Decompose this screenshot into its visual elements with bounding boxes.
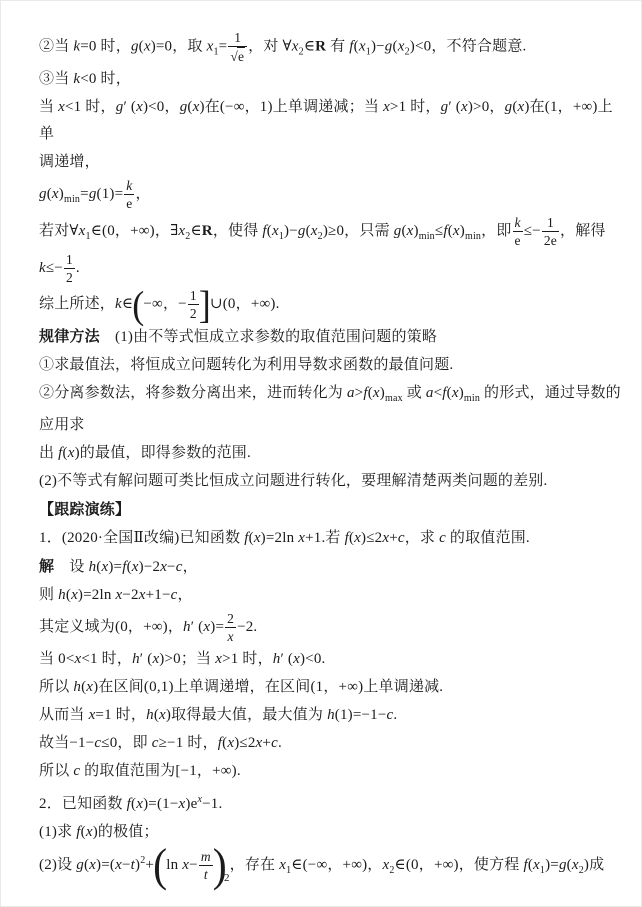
math-var: x bbox=[115, 857, 122, 873]
math-var: g bbox=[76, 857, 84, 873]
text-run: ∪(0，+∞). bbox=[210, 296, 280, 312]
text-run: )=( bbox=[96, 857, 115, 873]
text-run: )=0，取 bbox=[151, 38, 207, 54]
text-line-8: 综上所述，k∈(−∞，−12]∪(0，+∞). bbox=[39, 287, 625, 322]
text-run: . bbox=[393, 707, 397, 723]
text-run: ∈(0，+∞)，使方程 bbox=[395, 857, 524, 873]
text-run: )= bbox=[210, 619, 224, 635]
math-var: g bbox=[131, 38, 139, 54]
math-var: c bbox=[439, 530, 446, 546]
text-run: )的极值； bbox=[93, 824, 159, 840]
text-run: +1− bbox=[146, 587, 171, 603]
text-run: )=2ln bbox=[261, 530, 299, 546]
math-var: h bbox=[327, 707, 335, 723]
math-var: g bbox=[39, 186, 47, 202]
text-line-26: (2)设 g(x)=(x−t)2+(ln x−mt)2，存在 x1∈(−∞，+∞… bbox=[39, 847, 625, 892]
text-run: −1. bbox=[202, 796, 222, 812]
text-run: 出 bbox=[39, 445, 58, 461]
fraction-numerator: 1 bbox=[64, 251, 75, 269]
text-run: 有 bbox=[326, 38, 349, 54]
text-line-14: 【跟踪演练】 bbox=[39, 496, 625, 524]
text-run: ′ ( bbox=[123, 99, 136, 115]
math-var: x bbox=[254, 530, 261, 546]
text-run: ，解得 bbox=[560, 223, 606, 239]
text-run: =1 时， bbox=[95, 707, 146, 723]
math-var: x bbox=[383, 99, 390, 115]
sqrt-radical: √e bbox=[230, 49, 245, 64]
text-run: ， bbox=[183, 559, 198, 575]
text-run: )=2ln bbox=[78, 587, 116, 603]
text-run: 所以 bbox=[39, 679, 73, 695]
text-line-13: (2)不等式有解问题可类比恒成立问题进行转化，要理解清楚两类问题的差别. bbox=[39, 468, 625, 495]
math-var: x bbox=[354, 530, 361, 546]
text-run: ≥−1 时， bbox=[159, 735, 218, 751]
text-run: ， bbox=[135, 186, 150, 202]
fraction-denominator: 2e bbox=[542, 232, 559, 249]
math-var: a bbox=[347, 385, 355, 401]
math-var: x bbox=[159, 707, 166, 723]
text-run: (1)求 bbox=[39, 824, 76, 840]
math-var: x bbox=[293, 651, 300, 667]
text-run: ∈(−∞，+∞)， bbox=[291, 857, 382, 873]
text-run: ≤0，即 bbox=[101, 735, 151, 751]
math-var: g bbox=[89, 186, 97, 202]
math-var: x bbox=[58, 99, 65, 115]
text-run: 2．已知函数 bbox=[39, 796, 127, 812]
text-run: )− bbox=[371, 38, 385, 54]
fraction: ke bbox=[123, 177, 135, 212]
text-run: −∞，− bbox=[143, 296, 186, 312]
text-run: )>0；当 bbox=[159, 651, 215, 667]
text-line-24: 2．已知函数 f(x)=(1−x)ex−1. bbox=[39, 786, 625, 818]
text-run: ∈ bbox=[304, 38, 315, 54]
fraction-denominator: e bbox=[513, 232, 523, 249]
text-line-17: 则 h(x)=2ln x−2x+1−c， bbox=[39, 582, 625, 609]
text-run: 设 bbox=[54, 559, 88, 575]
text-run: + bbox=[262, 735, 271, 751]
text-run: ≤− bbox=[46, 260, 63, 276]
text-run: e bbox=[126, 196, 132, 211]
text-run: (2)不等式有解问题可类比恒成立问题进行转化，要理解清楚两类问题的差别. bbox=[39, 473, 547, 489]
math-var: g bbox=[559, 857, 567, 873]
fraction-numerator: 1 bbox=[228, 29, 247, 47]
math-var: c bbox=[152, 735, 159, 751]
big-bracket: ] bbox=[199, 288, 211, 321]
text-run: )−2 bbox=[139, 559, 161, 575]
text-run: 1 bbox=[234, 30, 241, 45]
text-run: (1)= bbox=[97, 186, 124, 202]
text-run: 1 bbox=[66, 252, 73, 267]
text-run: =0 时， bbox=[80, 38, 131, 54]
text-line-2: ③当 k<0 时， bbox=[39, 66, 625, 93]
text-line-12: 出 f(x)的最值，即得参数的范围. bbox=[39, 440, 625, 467]
text-run: ③当 bbox=[39, 71, 73, 87]
math-var: h bbox=[58, 587, 66, 603]
text-line-5: g(x)min=g(1)=ke， bbox=[39, 177, 625, 213]
text-run: )= bbox=[108, 559, 122, 575]
math-var: h bbox=[146, 707, 154, 723]
text-line-21: 从而当 x=1 时，h(x)取得最大值，最大值为 h(1)=−1−c. bbox=[39, 702, 625, 729]
text-run: 当 0< bbox=[39, 651, 75, 667]
text-run: + bbox=[389, 530, 398, 546]
math-var: x bbox=[68, 445, 75, 461]
fraction-denominator: 2 bbox=[64, 269, 75, 286]
text-run: 则 bbox=[39, 587, 58, 603]
text-run: 所以 bbox=[39, 763, 73, 779]
math-var: t bbox=[204, 867, 208, 882]
text-run: ，即 bbox=[481, 223, 511, 239]
math-var: k bbox=[115, 296, 122, 312]
text-run: 的取值范围. bbox=[446, 530, 530, 546]
text-line-19: 当 0<x<1 时，h′ (x)>0；当 x>1 时，h′ (x)<0. bbox=[39, 646, 625, 673]
subscript: min bbox=[464, 393, 480, 404]
math-var: c bbox=[271, 735, 278, 751]
text-run: 的取值范围为[−1，+∞). bbox=[80, 763, 241, 779]
text-run: )<0， bbox=[143, 99, 180, 115]
text-line-10: ①求最值法，将恒成立问题转化为利用导数求函数的最值问题. bbox=[39, 352, 625, 379]
text-run: 当 bbox=[39, 99, 58, 115]
text-run: ，存在 bbox=[230, 857, 280, 873]
fraction: 12 bbox=[63, 251, 76, 286]
text-run: )≤2 bbox=[234, 735, 255, 751]
heading-run: 规律方法 bbox=[39, 328, 100, 345]
text-line-16: 解 设 h(x)=f(x)−2x−c， bbox=[39, 553, 625, 581]
math-var: x bbox=[144, 38, 151, 54]
text-run: )成 bbox=[584, 857, 604, 873]
text-run: 2 bbox=[227, 611, 234, 626]
text-run: ′ ( bbox=[140, 651, 153, 667]
subscript: max bbox=[385, 393, 403, 404]
text-line-4: 调递增， bbox=[39, 149, 625, 176]
text-line-7: k≤−12. bbox=[39, 251, 625, 286]
math-var: k bbox=[515, 215, 521, 230]
text-run: 2 bbox=[190, 306, 197, 321]
subscript: min bbox=[64, 194, 80, 205]
math-var: x bbox=[79, 223, 86, 239]
text-run: 综上所述， bbox=[39, 296, 115, 312]
text-run: ≤− bbox=[524, 223, 541, 239]
math-var: x bbox=[136, 99, 143, 115]
text-run: ln bbox=[166, 857, 182, 873]
math-var: x bbox=[139, 587, 146, 603]
text-run: −2 bbox=[122, 587, 138, 603]
math-var: x bbox=[71, 587, 78, 603]
math-var: x bbox=[453, 223, 460, 239]
fraction: mt bbox=[198, 848, 214, 883]
text-run: − bbox=[189, 857, 198, 873]
math-var: g bbox=[298, 223, 306, 239]
math-var: x bbox=[292, 38, 299, 54]
text-run: )=(1− bbox=[143, 796, 178, 812]
text-run: ′ ( bbox=[448, 99, 461, 115]
subscript: min bbox=[465, 231, 481, 242]
math-var: x bbox=[452, 385, 459, 401]
text-run: ′ ( bbox=[280, 651, 293, 667]
fraction-numerator: 1 bbox=[542, 214, 559, 232]
text-run: ∈(0，+∞)，∃ bbox=[91, 223, 179, 239]
text-run: 其定义域为(0，+∞)， bbox=[39, 619, 183, 635]
text-run: 故当−1− bbox=[39, 735, 94, 751]
heading-run: 【跟踪演练】 bbox=[39, 501, 130, 518]
text-run: ∈ bbox=[190, 223, 201, 239]
bold-run: R bbox=[315, 38, 326, 54]
text-run: 2 bbox=[66, 270, 73, 285]
text-line-22: 故当−1−c≤0，即 c≥−1 时，f(x)≤2x+c. bbox=[39, 730, 625, 757]
math-var: k bbox=[126, 178, 132, 193]
text-run: ，使得 bbox=[213, 223, 263, 239]
text-run: 或 bbox=[403, 385, 426, 401]
fraction-numerator: m bbox=[199, 848, 213, 866]
text-line-25: (1)求 f(x)的极值； bbox=[39, 819, 625, 846]
text-line-3: 当 x<1 时，g′ (x)<0，g(x)在(−∞，1)上单调递减；当 x>1 … bbox=[39, 94, 625, 148]
text-run: ，对 ∀ bbox=[248, 38, 292, 54]
fraction: 12e bbox=[541, 214, 560, 249]
bold-run: R bbox=[202, 223, 213, 239]
math-var: x bbox=[373, 385, 380, 401]
text-run: <1 时， bbox=[81, 651, 132, 667]
text-run: −2. bbox=[237, 619, 257, 635]
math-var: x bbox=[52, 186, 59, 202]
text-run: 1 bbox=[547, 215, 554, 230]
fraction: 1√e bbox=[227, 29, 248, 65]
fraction-numerator: k bbox=[513, 214, 523, 232]
text-run: )= bbox=[545, 857, 559, 873]
text-line-9: 规律方法 (1)由不等式恒成立求参数的取值范围问题的策略 bbox=[39, 323, 625, 351]
text-run: e bbox=[515, 233, 521, 248]
text-line-18: 其定义域为(0，+∞)，h′ (x)=2x−2. bbox=[39, 610, 625, 645]
fraction-numerator: k bbox=[124, 177, 134, 195]
text-run: ②当 bbox=[39, 38, 73, 54]
big-bracket: ( bbox=[132, 288, 144, 321]
text-run: )<0. bbox=[300, 651, 326, 667]
fraction: 2x bbox=[224, 610, 237, 645]
fraction-denominator: x bbox=[225, 628, 236, 645]
text-run: )e bbox=[185, 796, 197, 812]
math-var: x bbox=[398, 38, 405, 54]
text-run: = bbox=[219, 38, 228, 54]
text-run: − bbox=[167, 559, 176, 575]
math-var: h bbox=[132, 651, 140, 667]
text-run: . bbox=[76, 260, 80, 276]
text-run: )− bbox=[284, 223, 298, 239]
math-var: x bbox=[359, 38, 366, 54]
subscript: min bbox=[419, 231, 435, 242]
text-run: )≥0，只需 bbox=[323, 223, 394, 239]
text-run: ， bbox=[177, 587, 192, 603]
big-bracket: ) bbox=[213, 847, 227, 884]
text-line-23: 所以 c 的取值范围为[−1，+∞). bbox=[39, 758, 625, 785]
fraction-denominator: 2 bbox=[188, 305, 199, 322]
text-run: 若对∀ bbox=[39, 223, 79, 239]
math-var: m bbox=[201, 849, 211, 864]
text-run: 2e bbox=[544, 233, 557, 248]
math-var: k bbox=[39, 260, 46, 276]
text-run: (1)=−1− bbox=[335, 707, 387, 723]
math-var: h bbox=[183, 619, 191, 635]
math-var: x bbox=[86, 824, 93, 840]
text-run: +1.若 bbox=[305, 530, 344, 546]
math-var: x bbox=[572, 857, 579, 873]
math-var: h bbox=[73, 679, 81, 695]
text-run: )<0，不符合题意. bbox=[410, 38, 527, 54]
math-var: g bbox=[385, 38, 393, 54]
math-var: x bbox=[533, 857, 540, 873]
text-run: )在(−∞，1)上单调递减；当 bbox=[199, 99, 383, 115]
text-run: <0 时， bbox=[80, 71, 131, 87]
text-run: ②分离参数法，将参数分离出来，进而转化为 bbox=[39, 385, 347, 401]
text-line-11: ②分离参数法，将参数分离出来，进而转化为 a>f(x)max 或 a<f(x)m… bbox=[39, 380, 625, 439]
text-run: ①求最值法，将恒成立问题转化为利用导数求函数的最值问题. bbox=[39, 357, 453, 373]
text-run: ，求 bbox=[405, 530, 439, 546]
fraction-denominator: t bbox=[199, 866, 213, 883]
text-run: )的最值，即得参数的范围. bbox=[75, 445, 251, 461]
fraction-numerator: 1 bbox=[188, 287, 199, 305]
text-run: <1 时， bbox=[65, 99, 116, 115]
text-run: )>0， bbox=[468, 99, 505, 115]
text-run: )≤2 bbox=[361, 530, 382, 546]
fraction-numerator: 2 bbox=[225, 610, 236, 628]
radicand: e bbox=[237, 47, 245, 65]
document-page: { "page": { "background": "#ffffff", "te… bbox=[0, 0, 642, 907]
text-run: 1．(2020·全国Ⅱ改编)已知函数 bbox=[39, 530, 244, 546]
math-var: a bbox=[426, 385, 434, 401]
math-var: x bbox=[311, 223, 318, 239]
text-run: (2)设 bbox=[39, 857, 76, 873]
text-run: 1 bbox=[190, 288, 197, 303]
fraction-denominator: √e bbox=[228, 47, 247, 65]
math-var: x bbox=[227, 629, 233, 644]
text-run: ′ ( bbox=[191, 619, 204, 635]
math-var: c bbox=[398, 530, 405, 546]
math-var: c bbox=[176, 559, 183, 575]
text-run: < bbox=[434, 385, 443, 401]
math-var: x bbox=[272, 223, 279, 239]
document-content: ②当 k=0 时，g(x)=0，取 x1=1√e，对 ∀x2∈R 有 f(x1)… bbox=[1, 1, 641, 892]
heading-run: 解 bbox=[39, 558, 54, 575]
text-run: . bbox=[278, 735, 282, 751]
text-run: >1 时， bbox=[222, 651, 273, 667]
text-run: )取得最大值，最大值为 bbox=[166, 707, 327, 723]
text-line-15: 1．(2020·全国Ⅱ改编)已知函数 f(x)=2ln x+1.若 f(x)≤2… bbox=[39, 525, 625, 552]
math-var: x bbox=[407, 223, 414, 239]
text-run: )在区间(0,1)上单调递增，在区间(1，+∞)上单调递减. bbox=[93, 679, 443, 695]
text-run: >1 时， bbox=[390, 99, 441, 115]
math-var: x bbox=[132, 559, 139, 575]
fraction-denominator: e bbox=[124, 195, 134, 212]
text-line-1: ②当 k=0 时，g(x)=0，取 x1=1√e，对 ∀x2∈R 有 f(x1)… bbox=[39, 29, 625, 65]
text-line-20: 所以 h(x)在区间(0,1)上单调递增，在区间(1，+∞)上单调递减. bbox=[39, 674, 625, 701]
text-run: = bbox=[80, 186, 89, 202]
text-run: (1)由不等式恒成立求参数的取值范围问题的策略 bbox=[100, 329, 437, 345]
text-run: 调递增， bbox=[39, 154, 100, 170]
math-var: x bbox=[461, 99, 468, 115]
fraction: ke bbox=[512, 214, 524, 249]
math-var: x bbox=[89, 857, 96, 873]
big-bracket: ( bbox=[153, 847, 167, 884]
text-run: − bbox=[122, 857, 131, 873]
text-line-6: 若对∀x1∈(0，+∞)，∃x2∈R，使得 f(x1)−g(x2)≥0，只需 g… bbox=[39, 214, 625, 250]
text-run: 从而当 bbox=[39, 707, 89, 723]
